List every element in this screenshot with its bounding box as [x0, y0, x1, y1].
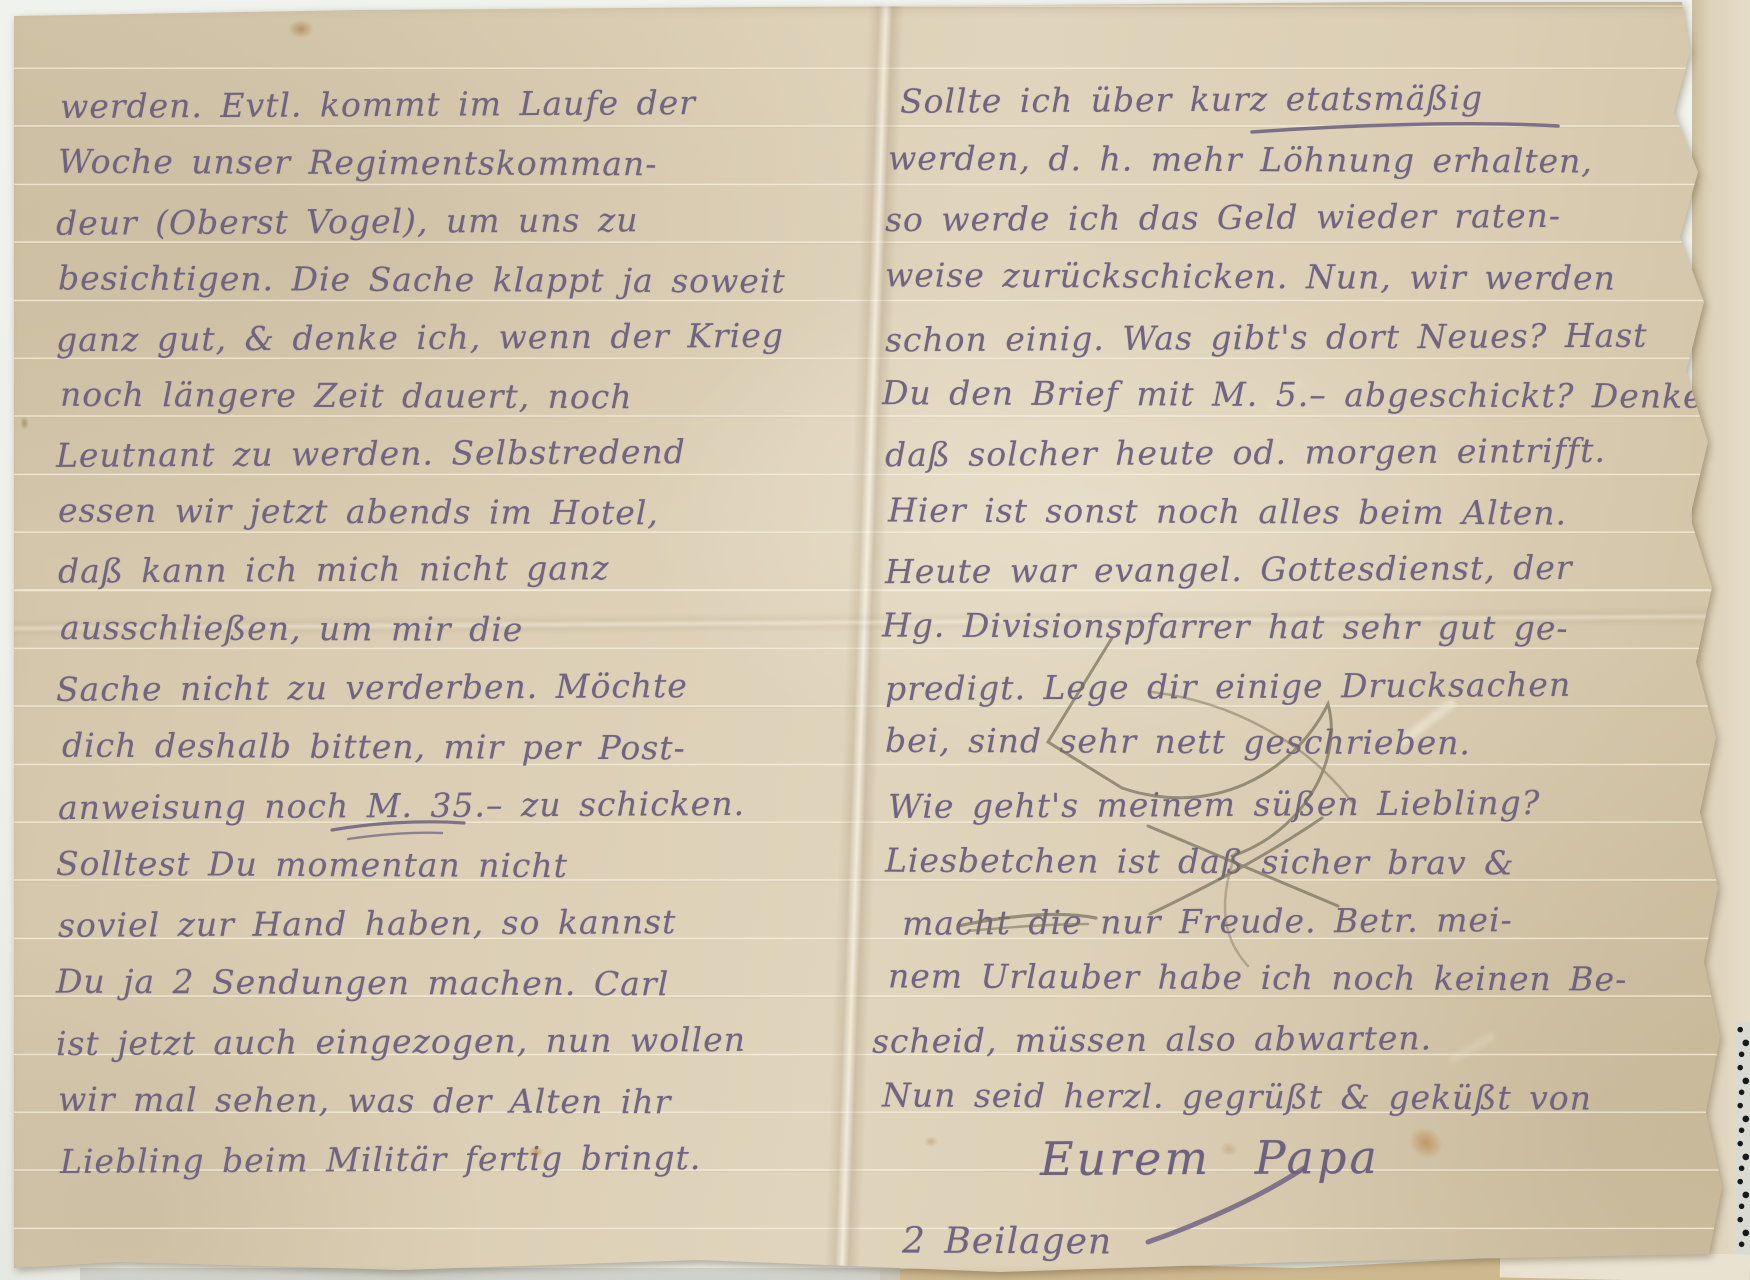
- stain: [20, 416, 29, 430]
- stain: [150, 6, 162, 15]
- handwritten-line: ganz gut, & denke ich, wenn der Krieg: [56, 306, 784, 370]
- handwritten-line: daß kann ich mich nicht ganz: [58, 538, 610, 601]
- stain: [1220, 1142, 1238, 1156]
- handwritten-line: dich deshalb bitten, mir per Post-: [62, 716, 686, 779]
- handwritten-line: weise zurückschicken. Nun, wir werden: [885, 245, 1616, 308]
- handwritten-line: daß solcher heute od. morgen eintrifft.: [885, 421, 1606, 485]
- handwritten-line: ausschließen, um mir die: [60, 598, 524, 660]
- handwritten-line: Du den Brief mit M. 5.– abgeschickt? Den…: [882, 363, 1715, 427]
- handwritten-line: Heute war evangel. Gottesdienst, der: [885, 538, 1573, 602]
- handwritten-line: Hg. Divisionspfarrer hat sehr gut ge-: [882, 596, 1569, 659]
- handwritten-line: predigt. Lege dir einige Drucksachen: [885, 655, 1571, 719]
- stain: [288, 20, 314, 38]
- handwritten-line: anweisung noch M. 35.– zu schicken.: [58, 774, 745, 838]
- handwritten-line: essen wir jetzt abends im Hotel,: [58, 481, 659, 544]
- handwritten-line: Wie geht's meinem süßen Liebling?: [888, 773, 1541, 837]
- stain: [924, 1136, 938, 1147]
- letter-sheet: werden. Evtl. kommt im Laufe der Woche u…: [0, 0, 1750, 1280]
- handwritten-line: Du ja 2 Sendungen machen. Carl: [56, 952, 669, 1015]
- wrinkle: [1447, 1032, 1496, 1065]
- handwritten-line: Woche unser Regimentskomman-: [58, 132, 658, 195]
- handwritten-line: schon einig. Was gibt's dort Neues? Hast: [885, 306, 1648, 371]
- stain: [528, 1146, 544, 1158]
- handwritten-line: Sollte ich über kurz etatsmäßig: [900, 68, 1483, 132]
- handwritten-line: so werde ich das Geld wieder raten-: [885, 186, 1561, 250]
- handwritten-line: Hier ist sonst noch alles beim Alten.: [888, 481, 1567, 544]
- handwritten-line: Liebling beim Militär fertig bringt.: [60, 1128, 702, 1192]
- handwritten-line: Solltest Du momentan nicht: [56, 834, 568, 896]
- handwritten-line: macht die nur Freude. Betr. mei-: [902, 890, 1513, 954]
- handwritten-line: nem Urlauber habe ich noch keinen Be-: [888, 946, 1628, 1009]
- signature: Eurem Papa: [1040, 1127, 1380, 1189]
- scanned-letter: werden. Evtl. kommt im Laufe der Woche u…: [0, 0, 1750, 1280]
- handwritten-line: werden. Evtl. kommt im Laufe der: [60, 73, 696, 137]
- handwritten-line: bei, sind sehr nett geschrieben.: [885, 711, 1471, 774]
- handwritten-line: Leutnant zu werden. Selbstredend: [56, 422, 686, 486]
- handwritten-line: besichtigen. Die Sache klappt ja soweit: [58, 248, 786, 311]
- handwritten-line: noch längere Zeit dauert, noch: [60, 365, 633, 427]
- handwritten-line: wir mal sehen, was der Alten ihr: [58, 1070, 672, 1133]
- handwritten-line: werden, d. h. mehr Löhnung erhalten,: [888, 128, 1593, 191]
- handwritten-line: scheid, müssen also abwarten.: [872, 1008, 1432, 1071]
- handwritten-line: ist jetzt auch eingezogen, nun wollen: [56, 1010, 746, 1074]
- handwritten-line: deur (Oberst Vogel), um uns zu: [56, 190, 639, 254]
- enclosure-note: 2 Beilagen: [902, 1212, 1112, 1273]
- handwritten-line: Liesbetchen ist daß sicher brav &: [885, 831, 1515, 894]
- handwritten-line: Sache nicht zu verderben. Möchte: [56, 656, 688, 720]
- handwritten-line: soviel zur Hand haben, so kannst: [58, 892, 677, 956]
- handwritten-line: Nun seid herzl. gegrüßt & geküßt von: [882, 1065, 1592, 1128]
- letter-sheet-wrap: werden. Evtl. kommt im Laufe der Woche u…: [0, 0, 1750, 1280]
